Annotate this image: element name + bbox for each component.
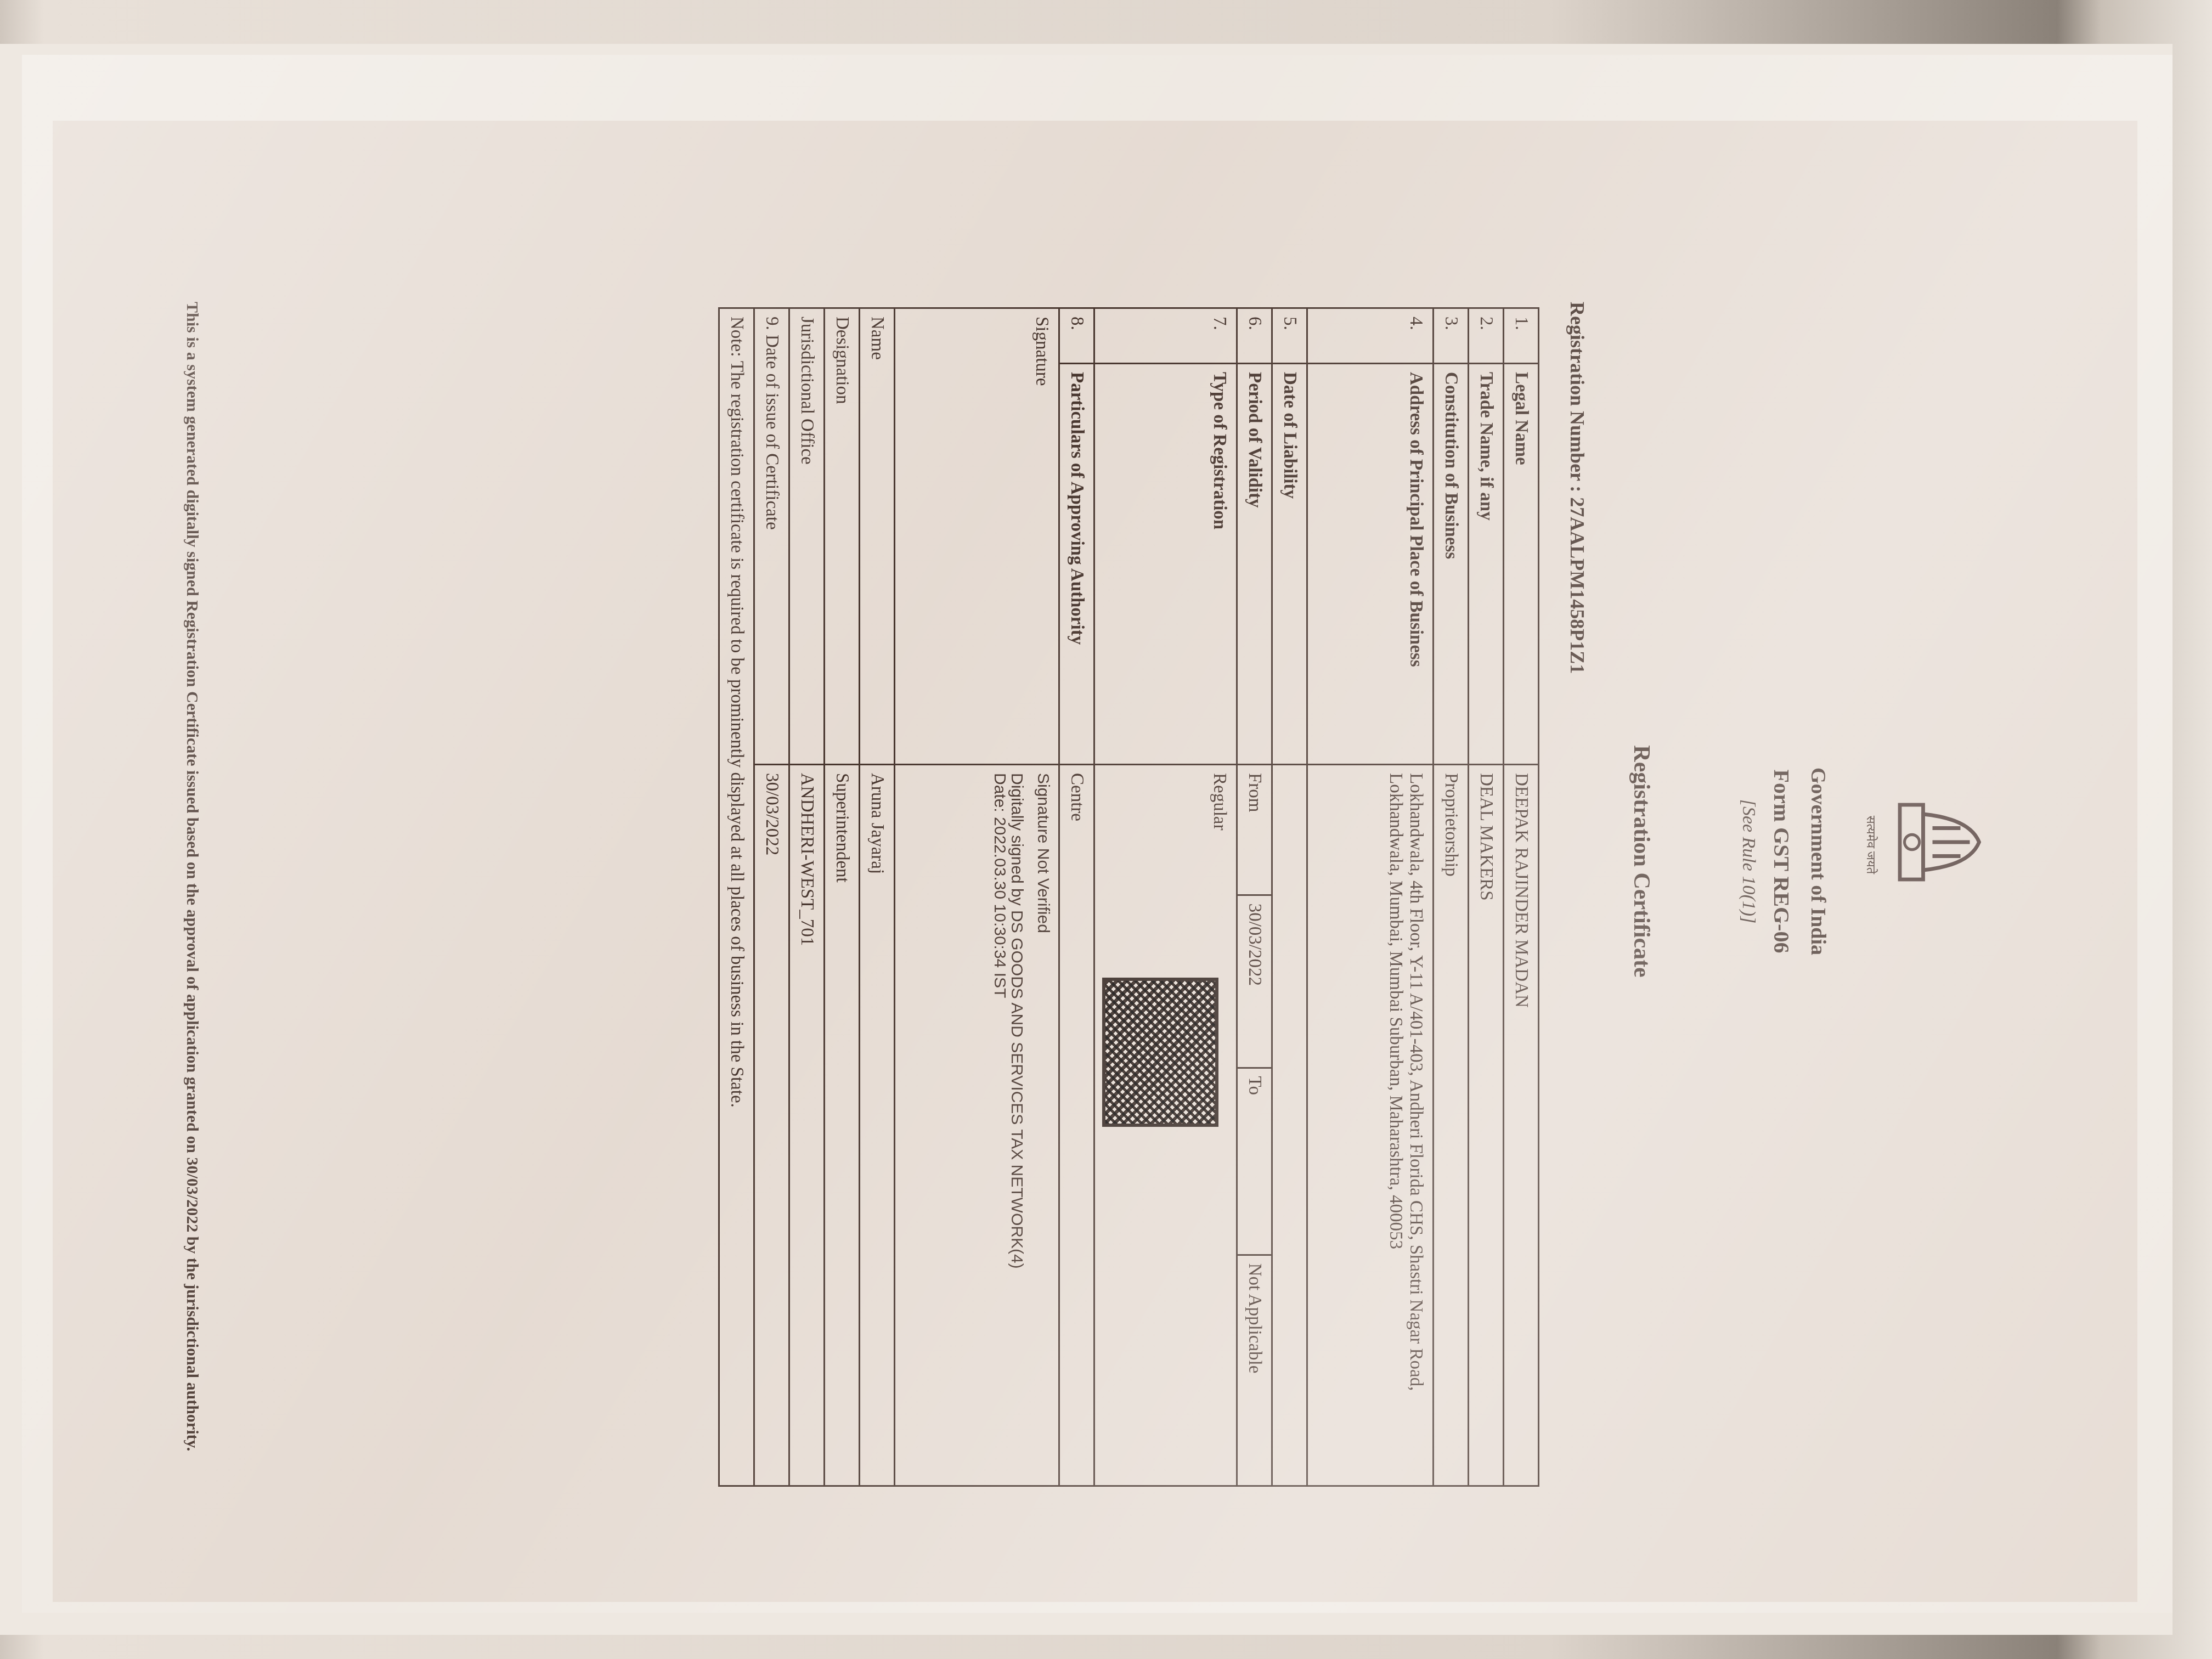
plastic-sleeve-glare bbox=[22, 55, 2172, 1613]
